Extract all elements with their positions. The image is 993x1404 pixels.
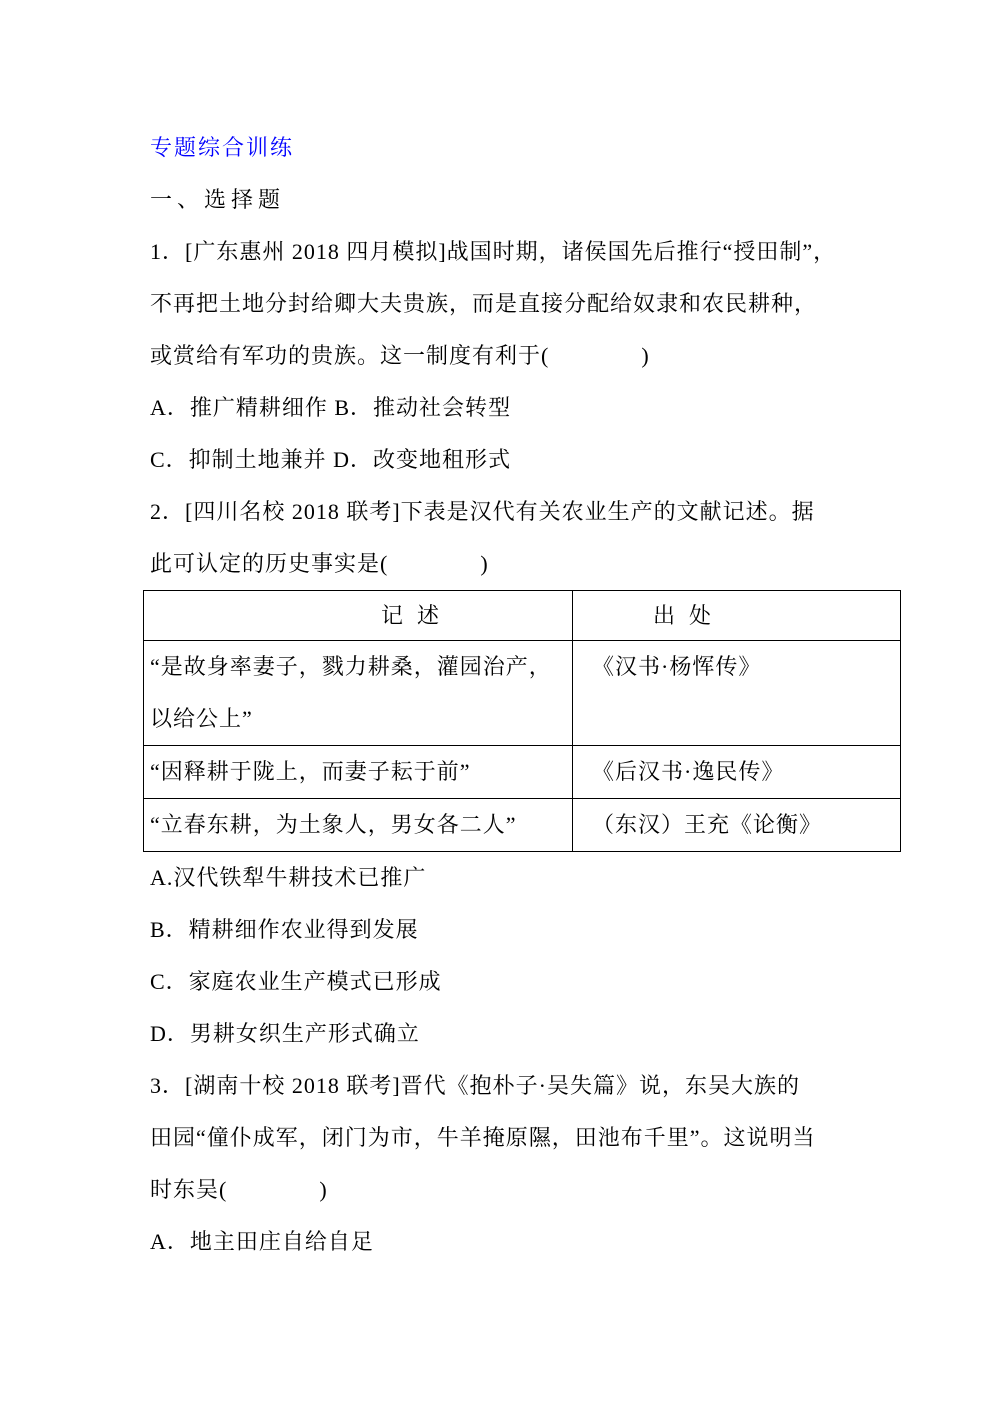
q1-text-line-2: 不再把土地分封给卿大夫贵族，而是直接分配给奴隶和农民耕种， <box>150 278 910 330</box>
q1-text-line-3: 或赏给有军功的贵族。这一制度有利于( ) <box>150 330 910 382</box>
table-row: “是故身率妻子，戮力耕桑，灌园治产，以给公上” 《汉书·杨恽传》 <box>144 641 901 746</box>
table-cell-record: “是故身率妻子，戮力耕桑，灌园治产，以给公上” <box>144 641 573 746</box>
table-cell-source: 《后汉书·逸民传》 <box>573 746 901 799</box>
table-cell-source: 《汉书·杨恽传》 <box>573 641 901 746</box>
table-header-record: 记 述 <box>144 591 573 641</box>
q1-options-ab: A．推广精耕细作 B．推动社会转型 <box>150 382 910 434</box>
q2-source-table: 记 述 出 处 “是故身率妻子，戮力耕桑，灌园治产，以给公上” 《汉书·杨恽传》… <box>143 590 901 852</box>
table-cell-record: “因释耕于陇上，而妻子耘于前” <box>144 746 573 799</box>
q1-text-line-1: 1．[广东惠州 2018 四月模拟]战国时期，诸侯国先后推行“授田制”， <box>150 226 910 278</box>
table-header-row: 记 述 出 处 <box>144 591 901 641</box>
q2-option-d: D．男耕女织生产形式确立 <box>150 1008 910 1060</box>
q2-text-line-2: 此可认定的历史事实是( ) <box>150 538 910 590</box>
page-title: 专题综合训练 <box>150 122 910 174</box>
q2-option-b: B．精耕细作农业得到发展 <box>150 904 910 956</box>
table-cell-source: （东汉）王充《论衡》 <box>573 799 901 852</box>
table-cell-record: “立春东耕，为土象人，男女各二人” <box>144 799 573 852</box>
section-heading: 一、选择题 <box>150 174 910 226</box>
q2-option-c: C．家庭农业生产模式已形成 <box>150 956 910 1008</box>
q3-option-a: A．地主田庄自给自足 <box>150 1216 910 1268</box>
q3-text-line-2: 田园“僮仆成军，闭门为市，牛羊掩原隰，田池布千里”。这说明当 <box>150 1112 910 1164</box>
document-content: 专题综合训练 一、选择题 1．[广东惠州 2018 四月模拟]战国时期，诸侯国先… <box>150 122 910 1268</box>
q3-text-line-3: 时东吴( ) <box>150 1164 910 1216</box>
table-row: “立春东耕，为土象人，男女各二人” （东汉）王充《论衡》 <box>144 799 901 852</box>
q2-option-a: A.汉代铁犁牛耕技术已推广 <box>150 852 910 904</box>
q1-options-cd: C．抑制土地兼并 D．改变地租形式 <box>150 434 910 486</box>
q3-text-line-1: 3．[湖南十校 2018 联考]晋代《抱朴子·吴失篇》说，东吴大族的 <box>150 1060 910 1112</box>
document-page: 专题综合训练 一、选择题 1．[广东惠州 2018 四月模拟]战国时期，诸侯国先… <box>0 0 993 1404</box>
table-row: “因释耕于陇上，而妻子耘于前” 《后汉书·逸民传》 <box>144 746 901 799</box>
q2-text-line-1: 2．[四川名校 2018 联考]下表是汉代有关农业生产的文献记述。据 <box>150 486 910 538</box>
table-header-source: 出 处 <box>573 591 901 641</box>
